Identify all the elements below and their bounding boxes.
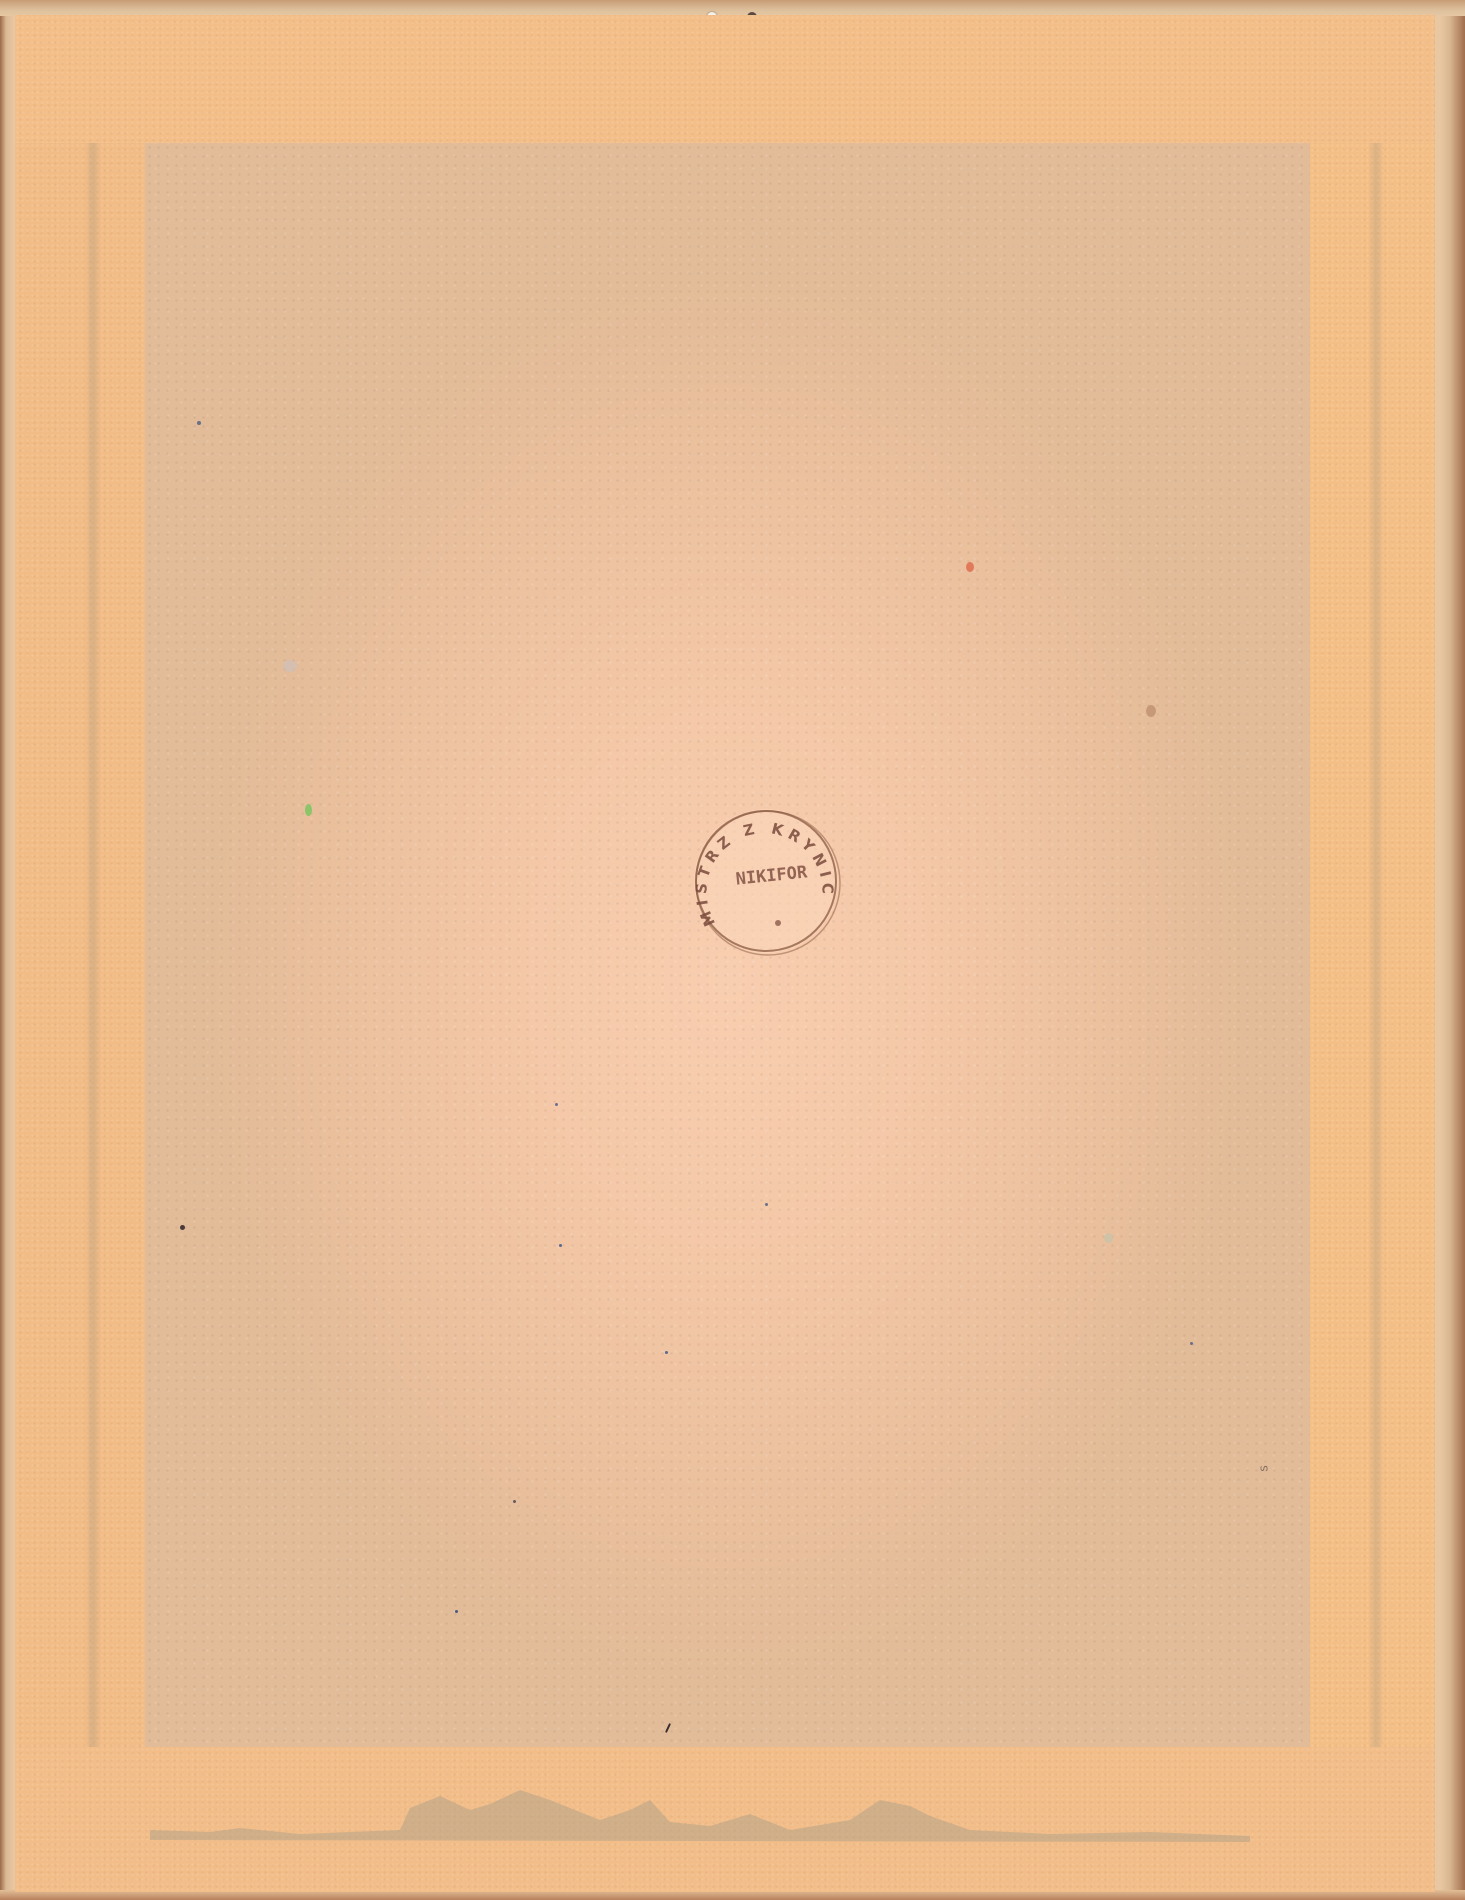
ghost-silhouette [150, 1790, 1250, 1850]
artist-stamp: MISTRZ Z KRYNICY NIKIFOR [686, 803, 846, 963]
paper-speck [455, 1610, 458, 1613]
paper-speck [1146, 705, 1156, 717]
paper-speck [513, 1500, 516, 1503]
paper-speck [283, 660, 297, 672]
frame-top-edge [0, 0, 1465, 16]
paper-speck [197, 421, 201, 425]
pencil-mark-s: S [1260, 1465, 1271, 1471]
tape-strip-left [15, 143, 145, 1747]
paper-speck [559, 1244, 562, 1247]
tape-strip-right [1310, 143, 1435, 1747]
paper-speck-green [305, 804, 312, 816]
tape-strip-top [15, 15, 1435, 143]
paper-speck [555, 1103, 558, 1106]
paper-speck [765, 1203, 768, 1206]
paper-speck [1190, 1342, 1193, 1345]
paper-speck [665, 1351, 668, 1354]
frame-back: S MISTRZ Z KRYNICY NIKIFOR [0, 0, 1465, 1900]
paper-speck [1104, 1233, 1113, 1243]
paper-speck [180, 1225, 185, 1230]
stamp-circle-icon: MISTRZ Z KRYNICY NIKIFOR [686, 803, 846, 963]
paper-speck-red [966, 562, 974, 572]
